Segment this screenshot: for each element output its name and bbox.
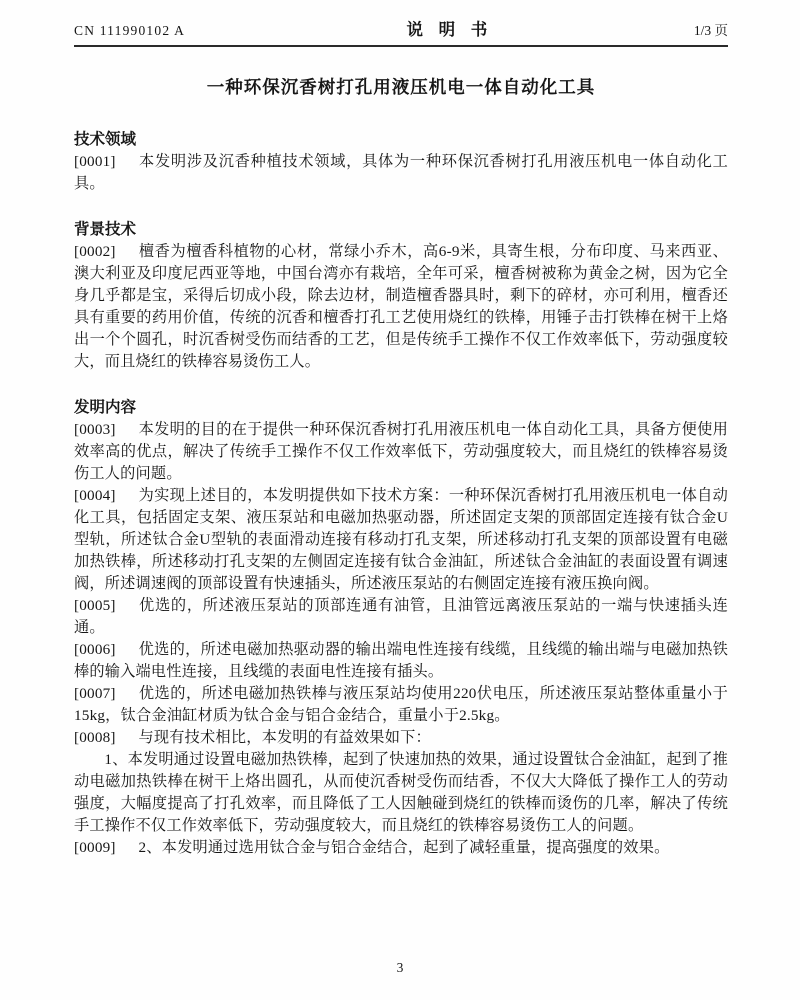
paragraph-0003: [0003]本发明的目的在于提供一种环保沉香树打孔用液压机电一体自动化工具，具备… — [74, 419, 728, 485]
paragraph-text: 檀香为檀香科植物的心材，常绿小乔木，高6-9米，具寄生根，分布印度、马来西亚、澳… — [74, 243, 728, 370]
paragraph-text: 2、本发明通过选用钛合金与铝合金结合，起到了减轻重量，提高强度的效果。 — [139, 839, 670, 856]
paragraph-number: [0003] — [74, 421, 116, 438]
paragraph-number: [0004] — [74, 487, 116, 504]
paragraph-text: 与现有技术相比，本发明的有益效果如下： — [139, 729, 431, 746]
paragraph-text: 优选的，所述液压泵站的顶部连通有油管，且油管远离液压泵站的一端与快速插头连通。 — [74, 597, 728, 636]
paragraph-0007: [0007]优选的，所述电磁加热铁棒与液压泵站均使用220伏电压，所述液压泵站整… — [74, 683, 728, 727]
section-heading: 发明内容 — [74, 397, 728, 419]
paragraph-0001: [0001]本发明涉及沉香种植技术领域，具体为一种环保沉香树打孔用液压机电一体自… — [74, 151, 728, 195]
paragraph-0004: [0004]为实现上述目的，本发明提供如下技术方案：一种环保沉香树打孔用液压机电… — [74, 485, 728, 595]
paragraph-0009: [0009]2、本发明通过选用钛合金与铝合金结合，起到了减轻重量，提高强度的效果… — [74, 837, 728, 859]
paragraph-number: [0002] — [74, 243, 116, 260]
paragraph-benefit-1: 1、本发明通过设置电磁加热铁棒，起到了快速加热的效果，通过设置钛合金油缸，起到了… — [74, 749, 728, 837]
document-type-title: 说明书 — [391, 16, 503, 40]
invention-title: 一种环保沉香树打孔用液压机电一体自动化工具 — [74, 74, 728, 99]
section-technical-field: 技术领域 [0001]本发明涉及沉香种植技术领域，具体为一种环保沉香树打孔用液压… — [74, 129, 728, 195]
page-header: CN 111990102 A 说明书 1/3 页 — [74, 16, 728, 47]
paragraph-text: 为实现上述目的，本发明提供如下技术方案：一种环保沉香树打孔用液压机电一体自动化工… — [74, 487, 728, 592]
section-heading: 技术领域 — [74, 129, 728, 151]
paragraph-number: [0009] — [74, 839, 116, 856]
paragraph-text: 本发明涉及沉香种植技术领域，具体为一种环保沉香树打孔用液压机电一体自动化工具。 — [74, 153, 728, 192]
paragraph-number: [0001] — [74, 153, 116, 170]
paragraph-0006: [0006]优选的，所述电磁加热驱动器的输出端电性连接有线缆，且线缆的输出端与电… — [74, 639, 728, 683]
paragraph-0005: [0005]优选的，所述液压泵站的顶部连通有油管，且油管远离液压泵站的一端与快速… — [74, 595, 728, 639]
patent-page: CN 111990102 A 说明书 1/3 页 一种环保沉香树打孔用液压机电一… — [0, 0, 800, 1000]
section-heading: 背景技术 — [74, 219, 728, 241]
paragraph-number: [0005] — [74, 597, 116, 614]
page-indicator: 1/3 页 — [694, 19, 728, 39]
paragraph-number: [0007] — [74, 685, 116, 702]
paragraph-0008: [0008]与现有技术相比，本发明的有益效果如下： — [74, 727, 728, 749]
section-invention-content: 发明内容 [0003]本发明的目的在于提供一种环保沉香树打孔用液压机电一体自动化… — [74, 397, 728, 859]
paragraph-number: [0008] — [74, 729, 116, 746]
paragraph-text: 本发明的目的在于提供一种环保沉香树打孔用液压机电一体自动化工具，具备方便使用效率… — [74, 421, 728, 482]
section-background-art: 背景技术 [0002]檀香为檀香科植物的心材，常绿小乔木，高6-9米，具寄生根，… — [74, 219, 728, 373]
paragraph-number: [0006] — [74, 641, 116, 658]
patent-number: CN 111990102 A — [74, 23, 185, 39]
paragraph-text: 优选的，所述电磁加热驱动器的输出端电性连接有线缆，且线缆的输出端与电磁加热铁棒的… — [74, 641, 728, 680]
paragraph-0002: [0002]檀香为檀香科植物的心材，常绿小乔木，高6-9米，具寄生根，分布印度、… — [74, 241, 728, 373]
page-number: 3 — [0, 960, 800, 976]
paragraph-text: 1、本发明通过设置电磁加热铁棒，起到了快速加热的效果，通过设置钛合金油缸，起到了… — [74, 751, 728, 834]
paragraph-text: 优选的，所述电磁加热铁棒与液压泵站均使用220伏电压，所述液压泵站整体重量小于1… — [74, 685, 728, 724]
